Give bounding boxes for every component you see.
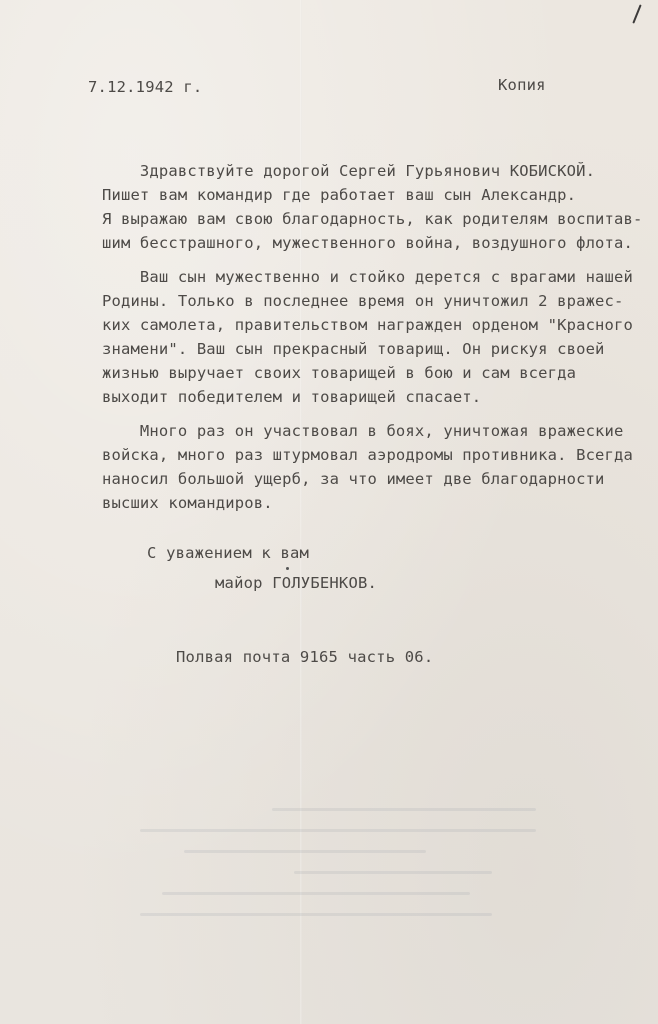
body-line: Пишет вам командир где работает ваш сын … [102, 186, 576, 204]
closing-line: С уважением к вам [147, 544, 309, 562]
body-line: высших командиров. [102, 494, 273, 512]
signature-line: майор ГОЛУБЕНКОВ. [215, 574, 377, 592]
document-date: 7.12.1942 г. [88, 78, 202, 96]
body-line: Много раз он участвовал в боях, уничтожа… [102, 422, 624, 440]
body-line: наносил большой ущерб, за что имеет две … [102, 470, 605, 488]
body-line: жизнью выручает своих товарищей в бою и … [102, 364, 576, 382]
body-line: Здравствуйте дорогой Сергей Гурьянович К… [102, 162, 595, 180]
body-line: шим бесстрашного, мужественного война, в… [102, 234, 633, 252]
body-line: ких самолета, правительством награжден о… [102, 316, 633, 334]
copy-label: Копия [498, 76, 546, 94]
body-line: выходит победителем и товарищей спасает. [102, 388, 481, 406]
body-line: Родины. Только в последнее время он унич… [102, 292, 624, 310]
body-line: знамени". Ваш сын прекрасный товарищ. Он… [102, 340, 605, 358]
body-line: Ваш сын мужественно и стойко дерется с в… [102, 268, 633, 286]
ink-dot [286, 567, 289, 570]
body-line: Я выражаю вам свою благодарность, как ро… [102, 210, 642, 228]
bleed-through-texture [140, 790, 580, 970]
body-line: войска, много раз штурмовал аэродромы пр… [102, 446, 633, 464]
field-post-address: Полвая почта 9165 часть 06. [176, 648, 433, 666]
